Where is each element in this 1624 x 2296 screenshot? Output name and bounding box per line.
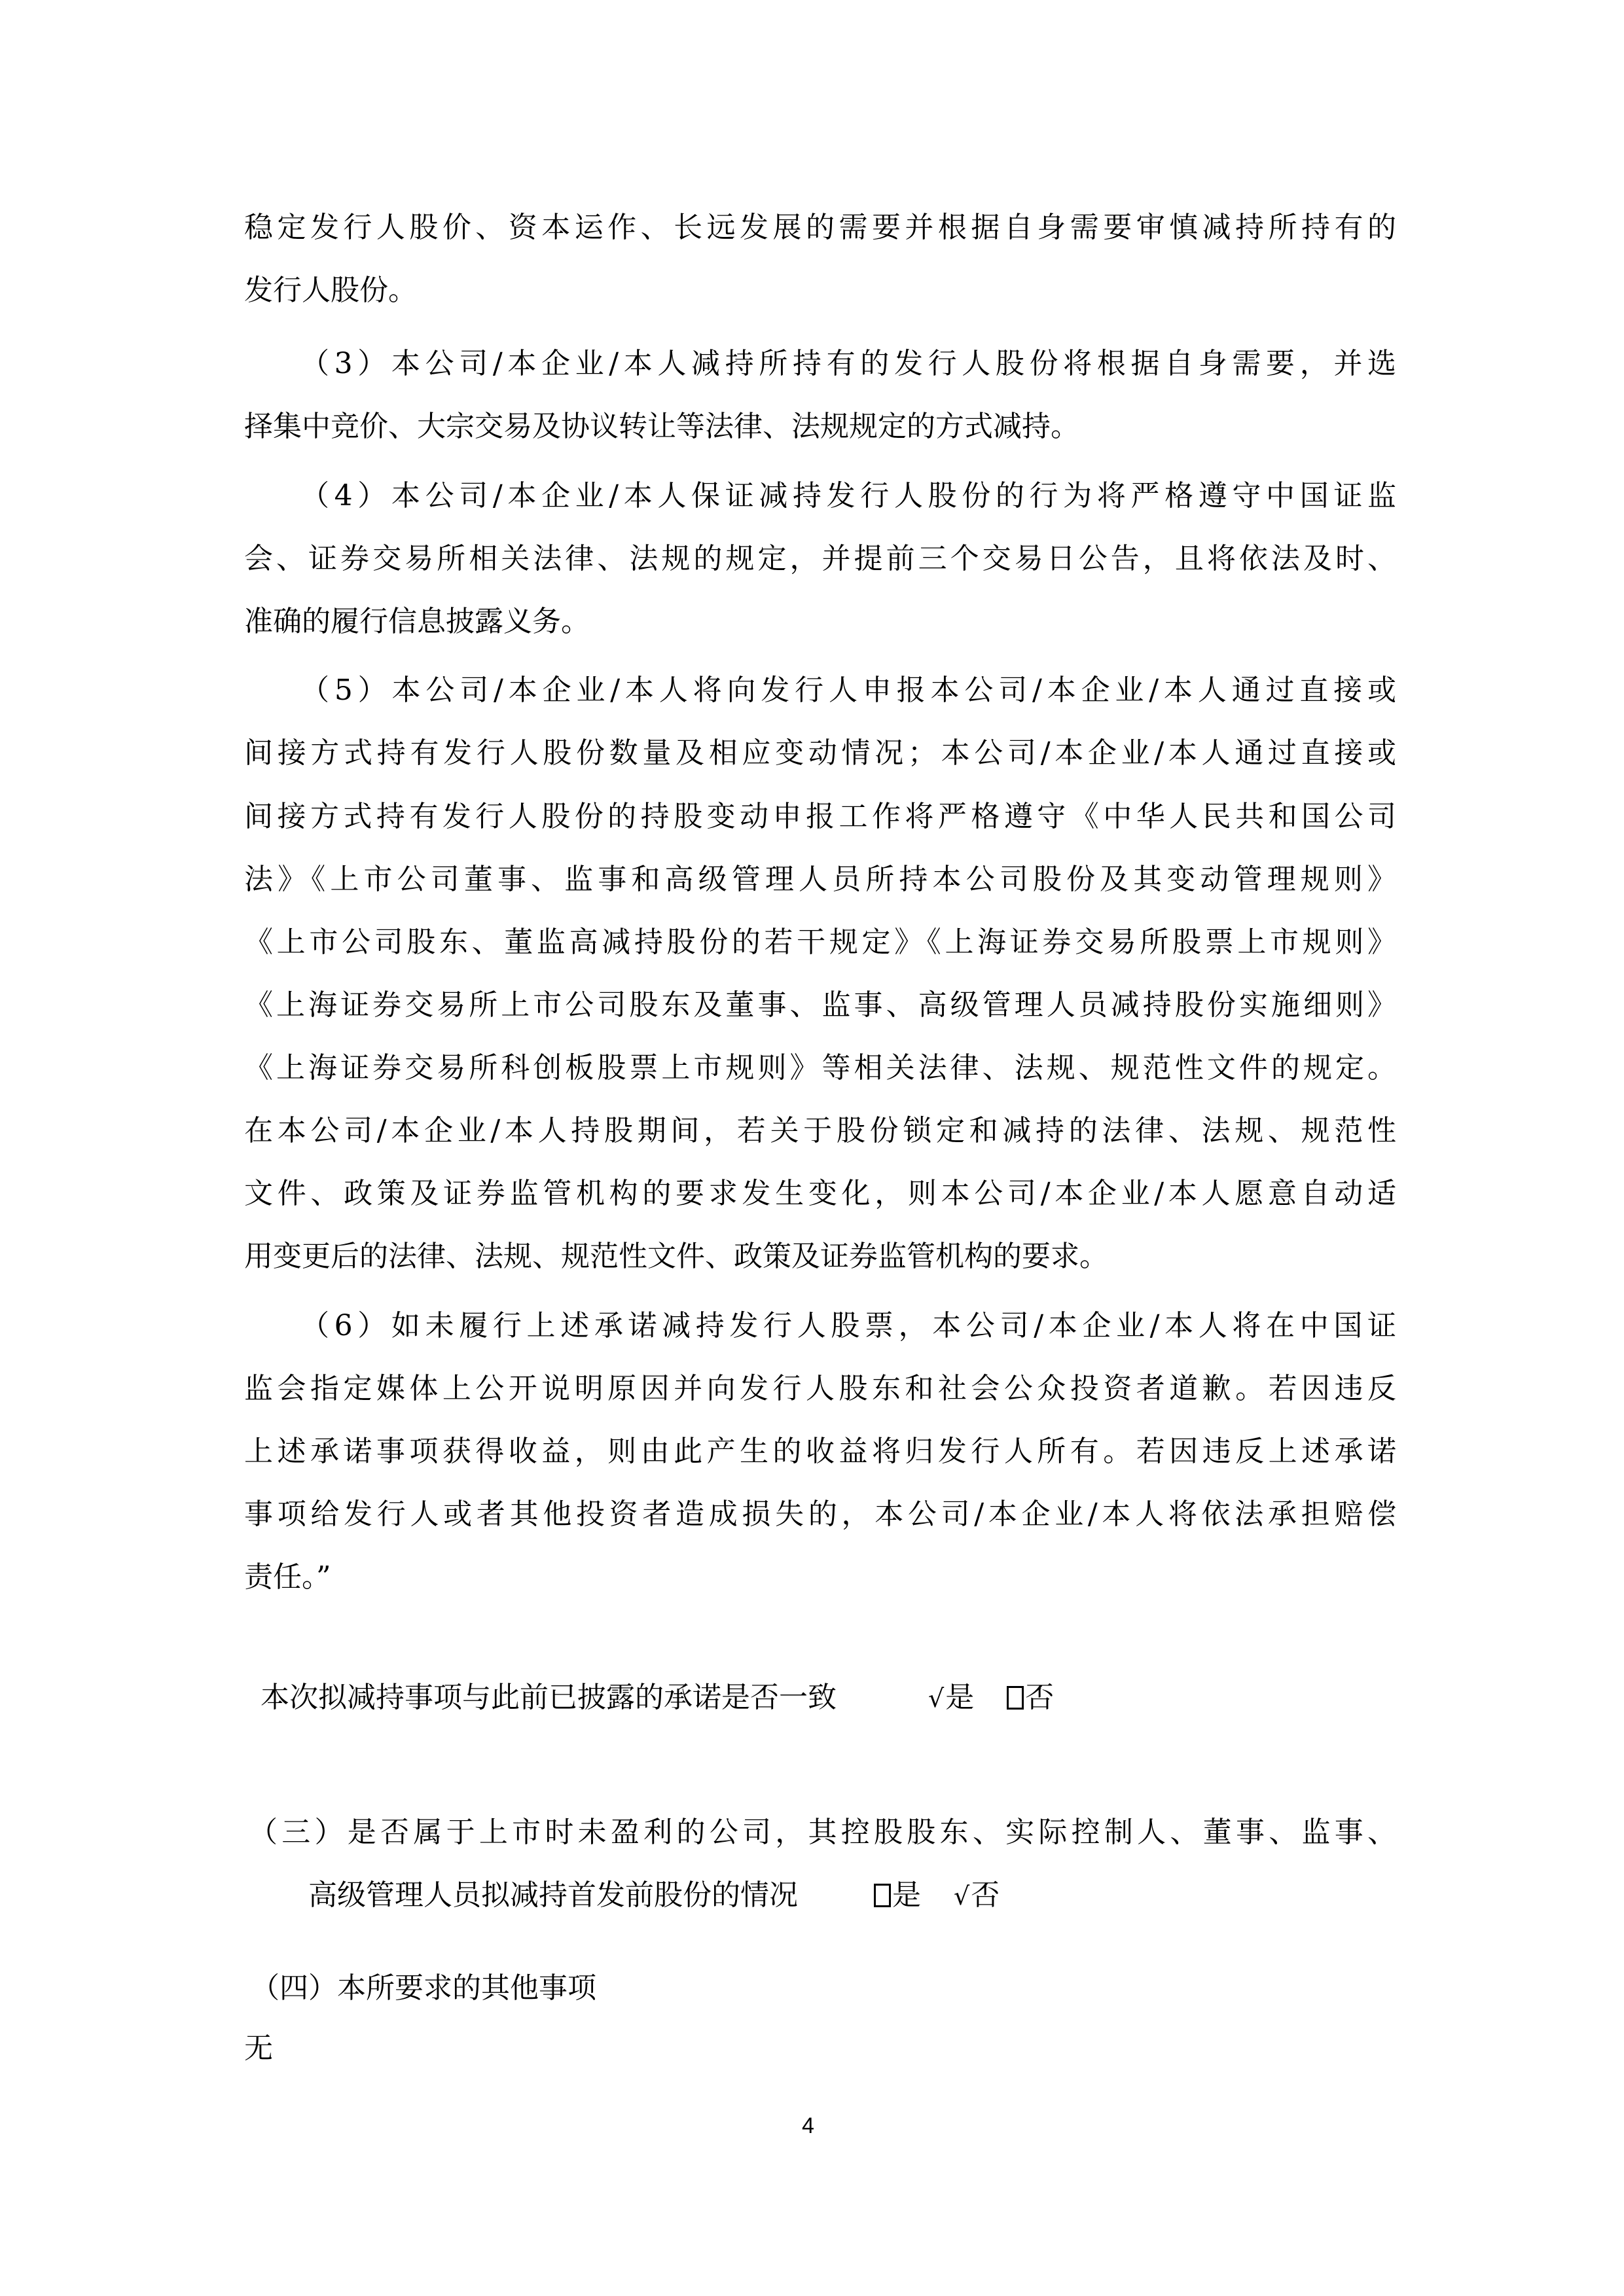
item-6-line: 监会指定媒体上公开说明原因并向发行人股东和社会公众投资者道歉。若因违反 (244, 1369, 1396, 1408)
empty-checkbox-icon (1007, 1686, 1024, 1710)
section-3-yes-option[interactable]: 是 (874, 1876, 921, 1915)
item-5-line: （5）本公司/本企业/本人将向发行人申报本公司/本企业/本人通过直接或 (300, 671, 1396, 710)
consistency-yes-option[interactable]: √是 (928, 1678, 974, 1718)
consistency-question: 本次拟减持事项与此前已披露的承诺是否一致 √是 否 (261, 1678, 1054, 1718)
paragraph-line: 稳定发行人股价、资本运作、长远发展的需要并根据自身需要审慎减持所持有的 (244, 208, 1396, 247)
item-3-line: 择集中竞价、大宗交易及协议转让等法律、法规规定的方式减持。 (244, 407, 1396, 446)
consistency-question-label: 本次拟减持事项与此前已披露的承诺是否一致 (261, 1681, 837, 1714)
paragraph-line: 发行人股份。 (244, 271, 1396, 310)
section-4-content: 无 (244, 2029, 273, 2068)
empty-checkbox-icon (874, 1884, 891, 1907)
item-5-line: 间接方式持有发行人股份的持股变动申报工作将严格遵守《中华人民共和国公司 (244, 797, 1396, 836)
yes-label: 是 (892, 1878, 921, 1912)
item-6-line: 上述承诺事项获得收益，则由此产生的收益将归发行人所有。若因违反上述承诺 (244, 1432, 1396, 1471)
item-5-line: 《上海证券交易所上市公司股东及董事、监事、高级管理人员减持股份实施细则》 (244, 986, 1396, 1025)
item-6-line: 责任。” (244, 1558, 1396, 1597)
item-5-line: 在本公司/本企业/本人持股期间，若关于股份锁定和减持的法律、法规、规范性 (244, 1111, 1396, 1151)
item-5-line: 文件、政策及证券监管机构的要求发生变化，则本公司/本企业/本人愿意自动适 (244, 1174, 1396, 1213)
no-label: 否 (1025, 1681, 1054, 1714)
section-3-question: 高级管理人员拟减持首发前股份的情况 是 √否 (308, 1876, 1000, 1916)
consistency-no-option[interactable]: 否 (1007, 1678, 1054, 1717)
item-4-line: 准确的履行信息披露义务。 (244, 602, 1396, 641)
section-4-heading: （四）本所要求的其他事项 (251, 1969, 596, 2008)
section-3-heading-line: （三）是否属于上市时未盈利的公司，其控股股东、实际控制人、董事、监事、 (249, 1813, 1396, 1852)
item-5-line: 间接方式持有发行人股份数量及相应变动情况；本公司/本企业/本人通过直接或 (244, 734, 1396, 773)
item-5-line: 用变更后的法律、法规、规范性文件、政策及证券监管机构的要求。 (244, 1237, 1396, 1276)
item-6-line: （6）如未履行上述承诺减持发行人股票，本公司/本企业/本人将在中国证 (300, 1306, 1396, 1346)
page-number: 4 (802, 2113, 814, 2139)
item-5-line: 《上市公司股东、董监高减持股份的若干规定》《上海证券交易所股票上市规则》 (244, 923, 1396, 962)
item-4-line: （4）本公司/本企业/本人保证减持发行人股份的行为将严格遵守中国证监 (300, 476, 1396, 516)
yes-label: 是 (945, 1681, 974, 1714)
item-4-line: 会、证券交易所相关法律、法规的规定，并提前三个交易日公告，且将依法及时、 (244, 539, 1396, 579)
item-3-line: （3）本公司/本企业/本人减持所持有的发行人股份将根据自身需要，并选 (300, 344, 1396, 384)
item-5-line: 《上海证券交易所科创板股票上市规则》等相关法律、法规、规范性文件的规定。 (244, 1049, 1396, 1088)
checkmark-icon: √ (954, 1876, 969, 1916)
section-3-question-label: 高级管理人员拟减持首发前股份的情况 (308, 1878, 798, 1912)
document-page: 稳定发行人股价、资本运作、长远发展的需要并根据自身需要审慎减持所持有的 发行人股… (0, 0, 1624, 2296)
section-3-no-option[interactable]: √否 (954, 1876, 1000, 1916)
checkmark-icon: √ (928, 1679, 944, 1718)
item-5-line: 法》《上市公司董事、监事和高级管理人员所持本公司股份及其变动管理规则》 (244, 860, 1396, 899)
item-6-line: 事项给发行人或者其他投资者造成损失的，本公司/本企业/本人将依法承担赔偿 (244, 1495, 1396, 1534)
no-label: 否 (971, 1878, 1000, 1912)
